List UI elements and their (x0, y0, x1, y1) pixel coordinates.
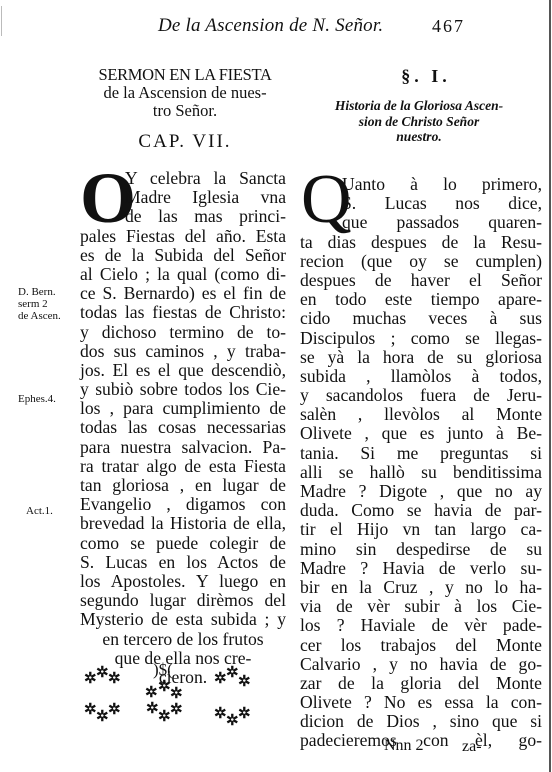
text-line: Calvario , y no havia de go- (300, 655, 542, 674)
text-line: mino sin despedirse de su (300, 540, 542, 559)
text-line: Madre ? Havia de verlo su- (300, 559, 542, 578)
text-line: subida , llamòlos à todos, (300, 367, 542, 386)
margin-note-bernard: D. Bern. serm 2 de Ascen. (18, 286, 78, 322)
text-line: y sacandolos fuera de Jeru- (300, 386, 542, 405)
text-line: cer los trabajos del Monte (300, 636, 542, 655)
text-line: es de la Subida del Señor (80, 246, 286, 265)
text-line: pales Fiestas del año. Esta (80, 227, 286, 246)
margin-note-acts: Act.1. (26, 505, 53, 517)
margin-note-line: de Ascen. (18, 310, 78, 322)
text-line: los Apostoles. Y luego en (80, 572, 286, 591)
text-line: se yà la hora de su gloriosa (300, 348, 542, 367)
text-line: y subiò sobre todos los Cie- (80, 380, 286, 399)
text-line: Y celebra la Sancta (80, 169, 286, 188)
section-subtitle-line: Historia de la Gloriosa Ascen- (296, 98, 542, 114)
text-line: y dichoso termino de to- (80, 323, 286, 342)
star-icon: ✲ (108, 703, 121, 718)
text-line: ta dias despues de la Resu- (300, 233, 542, 252)
text-line: zar de la gloria del Monte (300, 674, 542, 693)
star-icon: ✲ (238, 707, 251, 722)
text-line: en tercero de los frutos (80, 630, 286, 649)
text-line: bir en la Cruz , y no lo ha- (300, 578, 542, 597)
scan-edge-right (549, 0, 551, 772)
text-line: via de vèr subir à los Cie- (300, 597, 542, 616)
star-icon: ✲ (158, 710, 171, 725)
text-line: duda. Como se havia de par- (300, 501, 542, 520)
sermon-title-line: SERMON EN LA FIESTA (80, 66, 290, 84)
star-icon: ✲ (226, 714, 239, 729)
scan-edge-left (1, 6, 2, 36)
text-line: Olivete ? No es essa la con- (300, 693, 542, 712)
section-subtitle-line: nuestro. (296, 129, 542, 145)
section-subtitle: Historia de la Gloriosa Ascen- sion de C… (296, 98, 542, 145)
sermon-title-line: de la Ascension de nues- (80, 84, 290, 102)
text-line: Mysterio de esta subida ; y (80, 610, 286, 629)
section-subtitle-line: sion de Christo Señor (296, 114, 542, 130)
text-line: todas las cosas necessarias (80, 418, 286, 437)
section-heading: §. I. (300, 66, 552, 87)
star-icon: ✲ (214, 707, 227, 722)
text-line: en todo este tiempo apare- (300, 290, 542, 309)
star-icon: ✲ (238, 675, 251, 690)
text-line: tir el Hijo vn tan largo ca- (300, 520, 542, 539)
text-line: alli se hallò su benditissima (300, 463, 542, 482)
text-line: los ? Haviale de vèr pade- (300, 616, 542, 635)
catchword: za- (462, 738, 482, 756)
text-line: los , para cumplimiento de (80, 399, 286, 418)
text-line: recion (que oy se cumplen) (300, 252, 542, 271)
right-column-text: Uanto à lo primero, S. Lucas nos dice, q… (300, 175, 542, 751)
text-line: S. Lucas en los Actos de (80, 553, 286, 572)
star-icon: ✲ (145, 686, 158, 701)
text-line: que passados quaren- (300, 213, 542, 232)
text-line: al Cielo ; la qual (como di- (80, 265, 286, 284)
left-column-text: Y celebra la Sancta Madre Iglesia vna de… (80, 169, 286, 687)
text-line: ra tratar algo de esta Fiesta (80, 457, 286, 476)
star-icon: ✲ (96, 710, 109, 725)
star-icon: ✲ (170, 687, 183, 702)
text-line: Madre ? Digote , que no ay (300, 482, 542, 501)
text-line: jos. El es el que descendiò, (80, 361, 286, 380)
text-line: despues de haver el Señor (300, 271, 542, 290)
fleuron-icon: )$( (153, 662, 173, 677)
star-icon: ✲ (170, 703, 183, 718)
text-line: Uanto à lo primero, (300, 175, 542, 194)
running-head: De la Ascension de N. Señor. (158, 15, 383, 37)
margin-note-ephesians: Ephes.4. (18, 393, 56, 405)
text-line: salèn , llevòlos al Monte (300, 405, 542, 424)
star-icon: ✲ (226, 666, 239, 681)
text-line: tan gloriosa , en lugar de (80, 476, 286, 495)
text-line: tania. Si me preguntas si (300, 444, 542, 463)
sermon-title-line: tro Señor. (80, 102, 290, 120)
text-line: Evangelio , digamos con (80, 495, 286, 514)
text-line: Madre Iglesia vna (80, 188, 286, 207)
star-icon: ✲ (158, 680, 171, 695)
text-line: S. Lucas nos dice, (300, 194, 542, 213)
text-line: dicion de Dios , sino que si (300, 712, 542, 731)
chapter-heading: CAP. VII. (80, 131, 290, 153)
text-line: dos sus caminos , y traba- (80, 342, 286, 361)
text-line: para nuestra salvacion. Pa- (80, 438, 286, 457)
text-line: que de ella nos cre- (80, 649, 286, 668)
star-icon: ✲ (214, 672, 227, 687)
text-line: de las mas princi- (80, 207, 286, 226)
page-number: 467 (432, 16, 465, 37)
star-icon: ✲ (108, 672, 121, 687)
sermon-title: SERMON EN LA FIESTA de la Ascension de n… (80, 66, 290, 120)
book-page: De la Ascension de N. Señor. 467 SERMON … (0, 0, 552, 772)
text-line: segundo lugar dirèmos del (80, 591, 286, 610)
text-line: ce S. Bernardo) es el fin de (80, 284, 286, 303)
text-line: Olivete , que es junto à Be- (300, 424, 542, 443)
text-line: Discipulos ; como se llegas- (300, 329, 542, 348)
star-icon: ✲ (146, 702, 159, 717)
text-line: como se puede colegir de (80, 534, 286, 553)
star-icon: ✲ (96, 666, 109, 681)
star-icon: ✲ (84, 672, 97, 687)
margin-note-line: serm 2 (18, 298, 78, 310)
signature-mark: Nnn 2 (384, 737, 424, 755)
text-line: cido muchas veces à sus (300, 309, 542, 328)
margin-note-line: D. Bern. (18, 286, 78, 298)
star-icon: ✲ (84, 703, 97, 718)
text-line: brevedad la Historia de ella, (80, 514, 286, 533)
text-line: todas las fiestas de Christo: (80, 303, 286, 322)
